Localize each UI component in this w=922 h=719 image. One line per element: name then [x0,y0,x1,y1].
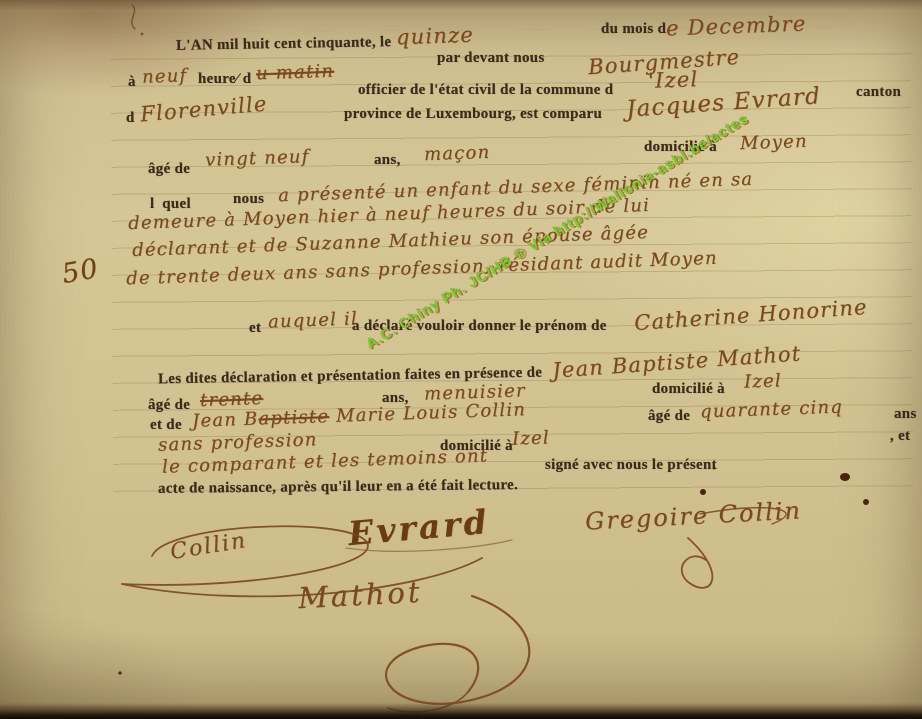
printed-month-label: du mois d [601,21,666,38]
signature-gregoire-collin: Gregoire Collin [584,496,802,535]
act-number: 50 [60,253,102,290]
printed-ans3: ans [894,406,917,423]
printed-de: d [126,110,135,127]
printed-devant-nous: par devant nous [437,50,545,67]
printed-virgule-et: , et [890,428,910,445]
handwritten-hour: neuf [142,65,188,88]
printed-et-de: et de [150,417,182,434]
handwritten-prenom: Catherine Honorine [633,295,868,335]
document-scan: L'AN mil huit cent cinquante, le du mois… [0,0,922,719]
printed-domicile1: domicilié à [644,139,717,156]
printed-province: province de Luxembourg, est comparu [344,106,602,123]
handwritten-hour-struck: u matin [256,61,335,85]
printed-a: à [128,74,136,91]
top-edge-shadow [0,0,922,10]
handwritten-profession1: maçon [424,142,491,165]
handwritten-temoin1-domicile: Izel [744,370,783,392]
handwritten-auquel: auquel il [268,308,359,332]
printed-domicile2: domicilié à [652,381,725,398]
signature-collin: Collin [169,528,249,565]
handwritten-domicile1: Moyen [740,131,808,154]
handwritten-month: e Decembre [666,12,807,41]
printed-officier: officier de l'état civil de la commune d [358,82,613,99]
temoin2-part1: Jean B [192,409,259,432]
printed-signe: signé avec nous le présent [545,457,717,474]
temoin2-part2: Marie Louis Collin [329,399,527,427]
handwritten-temoin2-age: quarante cinq [700,397,844,423]
printed-age3: âgé de [648,408,690,425]
mathot-flourish-loop [386,596,529,704]
bottom-edge-shadow [0,703,922,719]
signature-mathot: Mathot [297,575,423,615]
handwritten-lieu-de: Florenville [139,91,268,126]
gregoire-flourish-loop [682,538,713,588]
signature-evrard: Evrard [347,502,491,553]
printed-age1: âgé de [148,161,190,178]
handwritten-temoin1-age: trente [200,388,264,411]
printed-age2: âgé de [148,397,190,414]
temoin2-struck: aptiste [258,406,329,429]
handwritten-day: quinze [396,23,475,50]
printed-nous: nous [233,191,264,208]
printed-heure: heure⁄ d [198,71,251,88]
handwritten-commune: 'Izel [648,67,699,93]
printed-year-line: L'AN mil huit cent cinquante, le [176,34,392,55]
printed-ans1: ans, [374,152,401,169]
handwritten-domicile3: Izel [512,427,551,449]
printed-et: et [249,320,261,337]
printed-canton: canton [856,84,901,101]
handwritten-age1: vingt neuf [205,146,310,171]
printed-declare: a déclaré vouloir donner le prénom de [352,318,607,335]
printed-acte: acte de naissance, après qu'il leur en a… [158,477,518,498]
